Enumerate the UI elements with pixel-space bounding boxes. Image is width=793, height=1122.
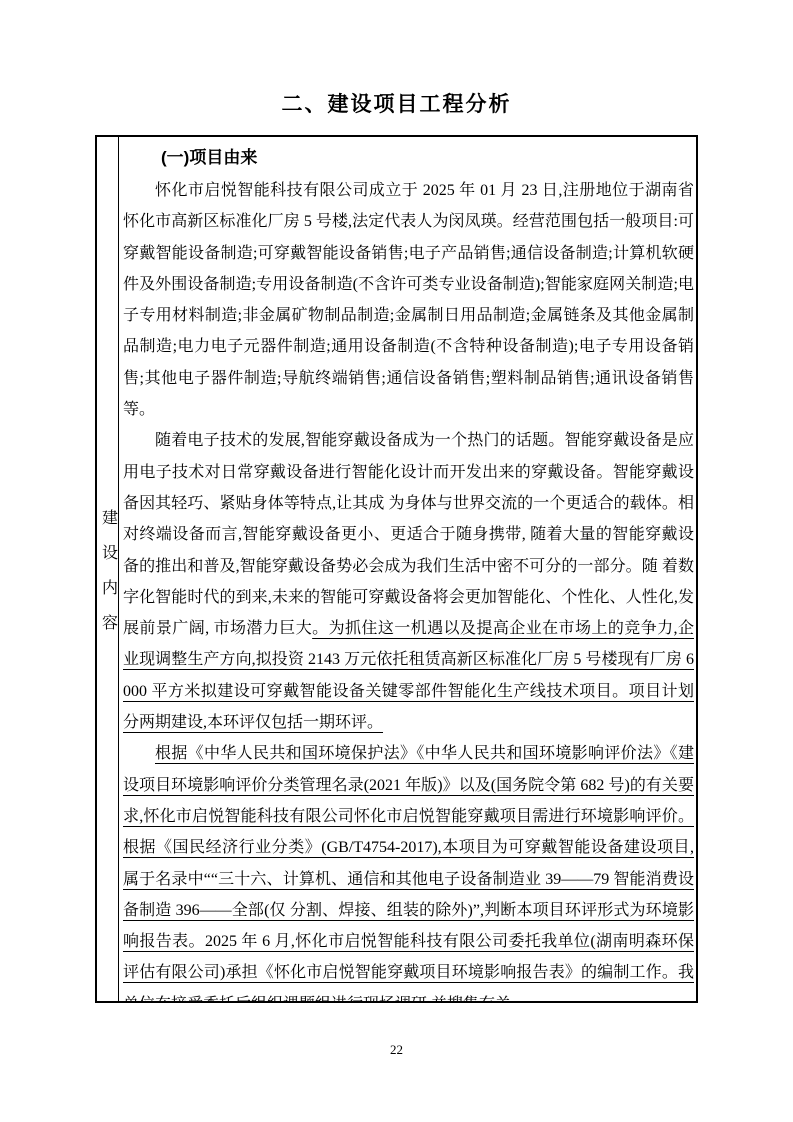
paragraph-text-underlined: 根据《中华人民共和国环境保护法》《中华人民共和国环境影响评价法》《建设项目环境影… bbox=[123, 745, 694, 1001]
body-text: 怀化市启悦智能科技有限公司成立于 2025 年 01 月 23 日,注册地位于湖… bbox=[123, 175, 694, 1001]
paragraph-industry-background: 随着电子技术的发展,智能穿戴设备成为一个热门的话题。智能穿戴设备是应用电子技术对… bbox=[123, 425, 694, 738]
document-page: 二、建设项目工程分析 建设内容 (一)项目由来 怀化市启悦智能科技有限公司成立于… bbox=[0, 0, 793, 1122]
paragraph-text: 随着电子技术的发展,智能穿戴设备成为一个热门的话题。智能穿戴设备是应用电子技术对… bbox=[123, 432, 694, 637]
content-cell: (一)项目由来 怀化市启悦智能科技有限公司成立于 2025 年 01 月 23 … bbox=[119, 137, 696, 1001]
paragraph-text: 怀化市启悦智能科技有限公司成立于 2025 年 01 月 23 日,注册地位于湖… bbox=[123, 182, 694, 418]
paragraph-regulatory-basis: 根据《中华人民共和国环境保护法》《中华人民共和国环境影响评价法》《建设项目环境影… bbox=[123, 738, 694, 1001]
sidebar-label-cell: 建设内容 bbox=[97, 137, 119, 1001]
content-table: 建设内容 (一)项目由来 怀化市启悦智能科技有限公司成立于 2025 年 01 … bbox=[95, 135, 698, 1003]
page-number: 22 bbox=[0, 1042, 793, 1058]
sidebar-label: 建设内容 bbox=[98, 509, 118, 649]
page-title: 二、建设项目工程分析 bbox=[0, 88, 793, 118]
section-heading: (一)项目由来 bbox=[123, 144, 694, 172]
paragraph-company-intro: 怀化市启悦智能科技有限公司成立于 2025 年 01 月 23 日,注册地位于湖… bbox=[123, 175, 694, 425]
